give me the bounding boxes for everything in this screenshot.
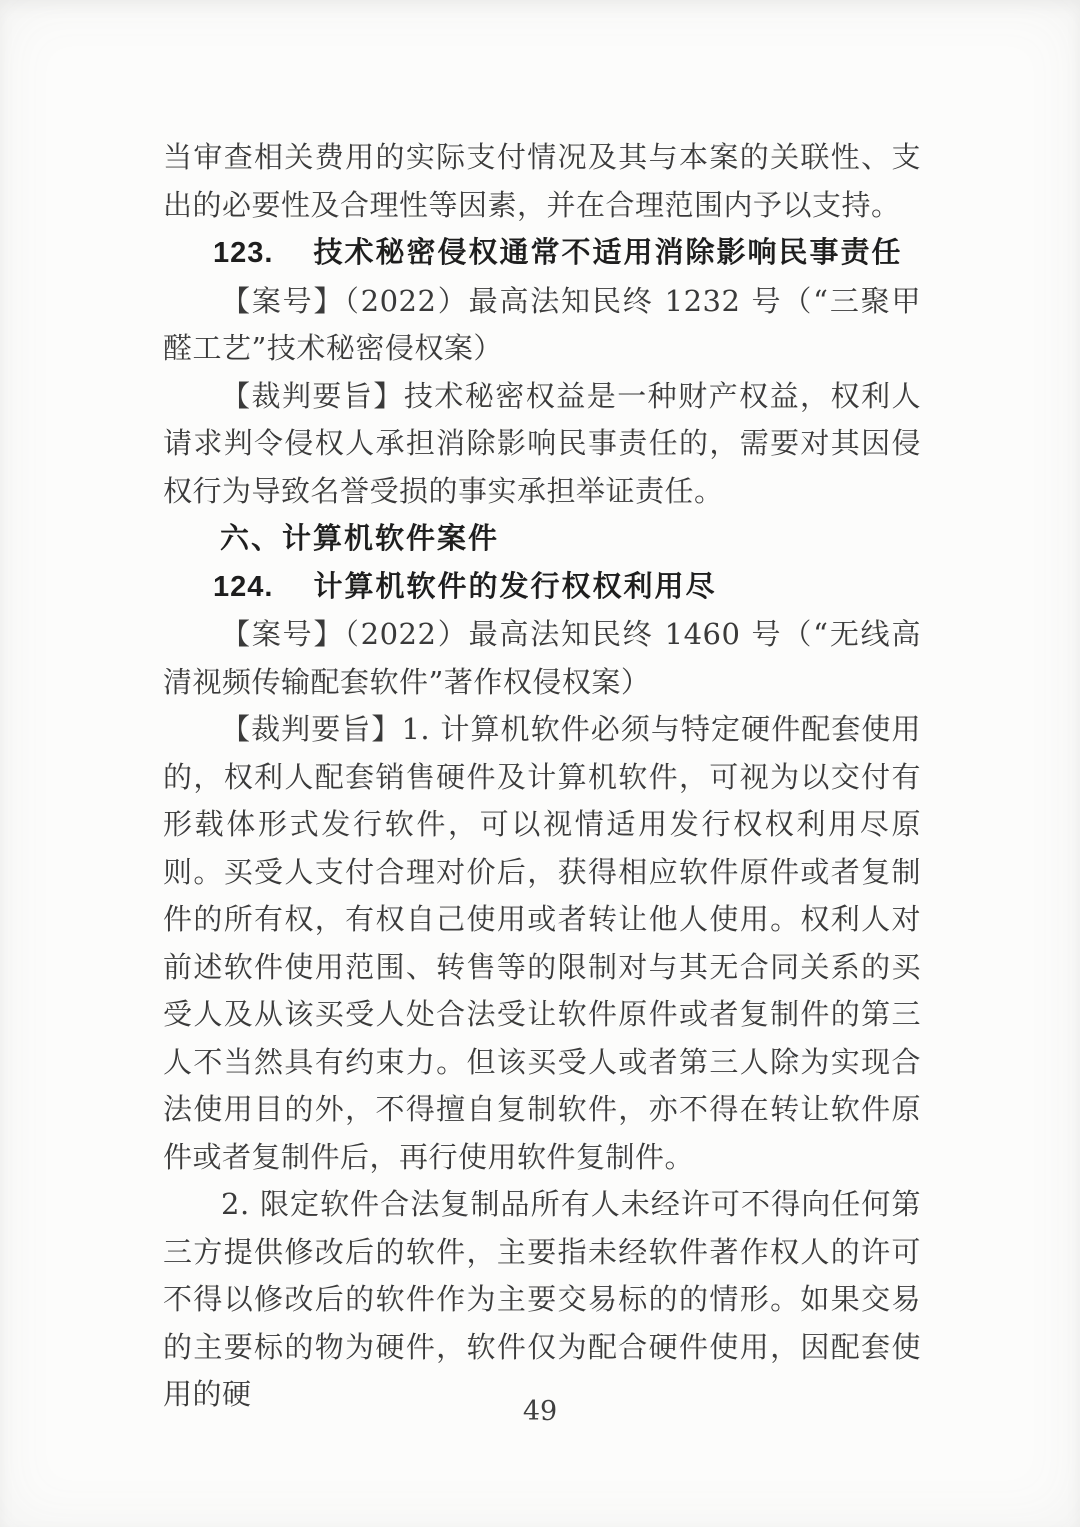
document-content: 当审查相关费用的实际支付情况及其与本案的关联性、支出的必要性及合理性等因素，并在… [163, 134, 921, 1419]
case-124-gist-paragraph-2: 2. 限定软件合法复制品所有人未经许可不得向任何第三方提供修改后的软件，主要指未… [163, 1181, 921, 1419]
document-page: 当审查相关费用的实际支付情况及其与本案的关联性、支出的必要性及合理性等因素，并在… [0, 0, 1080, 1527]
case-124-number-paragraph: 【案号】（2022）最高法知民终 1460 号（“无线高清视频传输配套软件”著作… [163, 611, 921, 706]
case-heading-123: 123. 技术秘密侵权通常不适用消除影响民事责任 [163, 229, 921, 278]
case-123-number-paragraph: 【案号】（2022）最高法知民终 1232 号（“三聚甲醛工艺”技术秘密侵权案） [163, 278, 921, 373]
page-number: 49 [523, 1396, 557, 1427]
case-heading-123-title: 技术秘密侵权通常不适用消除影响民事责任 [313, 229, 902, 277]
case-heading-124-number: 124. [213, 564, 273, 612]
case-heading-124-title: 计算机软件的发行权权利用尽 [313, 563, 716, 611]
case-123-gist-paragraph: 【裁判要旨】技术秘密权益是一种财产权益，权利人请求判令侵权人承担消除影响民事责任… [163, 373, 921, 516]
case-heading-124: 124. 计算机软件的发行权权利用尽 [163, 563, 921, 612]
section-heading-computer-software: 六、计算机软件案件 [163, 515, 921, 563]
paragraph-continuation: 当审查相关费用的实际支付情况及其与本案的关联性、支出的必要性及合理性等因素，并在… [163, 134, 921, 229]
page-footer: 49 [0, 1396, 1080, 1427]
case-124-gist-paragraph-1: 【裁判要旨】1. 计算机软件必须与特定硬件配套使用的，权利人配套销售硬件及计算机… [163, 706, 921, 1181]
case-heading-123-number: 123. [213, 230, 273, 278]
